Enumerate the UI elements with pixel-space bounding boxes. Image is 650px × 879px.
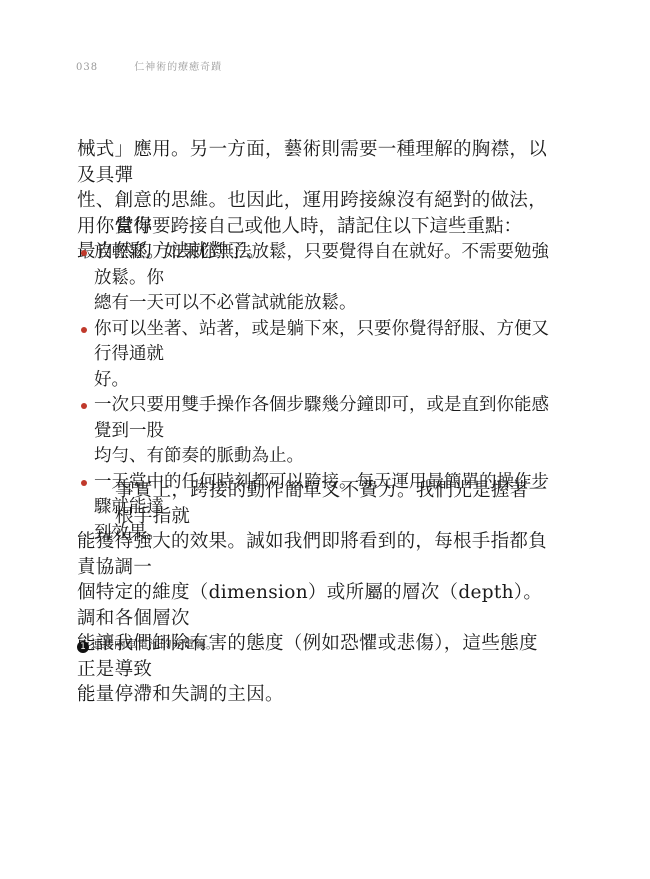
text-line: 事實上，跨接的動作簡單又不費力。我們光是握著一根手指就	[77, 478, 553, 529]
footnote-marker-icon: 1	[77, 641, 89, 653]
text-line: 能量停滯和失調的主因。	[77, 682, 553, 708]
page-header: 038 仁神術的療癒奇蹟	[76, 58, 222, 73]
bullet-dot-icon	[81, 327, 87, 333]
text-line: 放輕鬆。如果你無法放鬆，只要覺得自在就好。不需要勉強放鬆。你	[94, 240, 553, 291]
text-line: 總有一天可以不必嘗試就能放鬆。	[94, 291, 553, 317]
text-line: 好。	[94, 368, 553, 394]
bullet-dot-icon	[81, 403, 87, 409]
text-line: 個特定的維度（dimension）或所屬的層次（depth）。調和各個層次	[77, 580, 553, 631]
text-line: 你可以坐著、站著，或是躺下來，只要你覺得舒服、方便又行得通就	[94, 317, 553, 368]
list-item: 你可以坐著、站著，或是躺下來，只要你覺得舒服、方便又行得通就 好。	[77, 317, 553, 394]
footnote: 1連接兩車電池的充電線。	[77, 636, 218, 653]
list-item: 一次只要用雙手操作各個步驟幾分鐘即可，或是直到你能感覺到一股 均勻、有節奏的脈動…	[77, 393, 553, 470]
text-line: 一次只要用雙手操作各個步驟幾分鐘即可，或是直到你能感覺到一股	[94, 393, 553, 444]
page-number: 038	[76, 62, 130, 73]
footnote-text: 連接兩車電池的充電線。	[91, 637, 218, 651]
list-item: 放輕鬆。如果你無法放鬆，只要覺得自在就好。不需要勉強放鬆。你 總有一天可以不必嘗…	[77, 240, 553, 317]
text-line: 均勻、有節奏的脈動為止。	[94, 444, 553, 470]
text-line: 能獲得強大的效果。誠如我們即將看到的，每根手指都負責協調一	[77, 529, 553, 580]
paragraph-2: 事實上，跨接的動作簡單又不費力。我們光是握著一根手指就 能獲得強大的效果。誠如我…	[77, 478, 553, 708]
bullet-intro: 當你要跨接自己或他人時，請記住以下這些重點：	[115, 214, 522, 240]
running-title: 仁神術的療癒奇蹟	[134, 62, 222, 73]
text-line: 械式」應用。另一方面，藝術則需要一種理解的胸襟，以及具彈	[77, 137, 553, 188]
bullet-dot-icon	[81, 250, 87, 256]
